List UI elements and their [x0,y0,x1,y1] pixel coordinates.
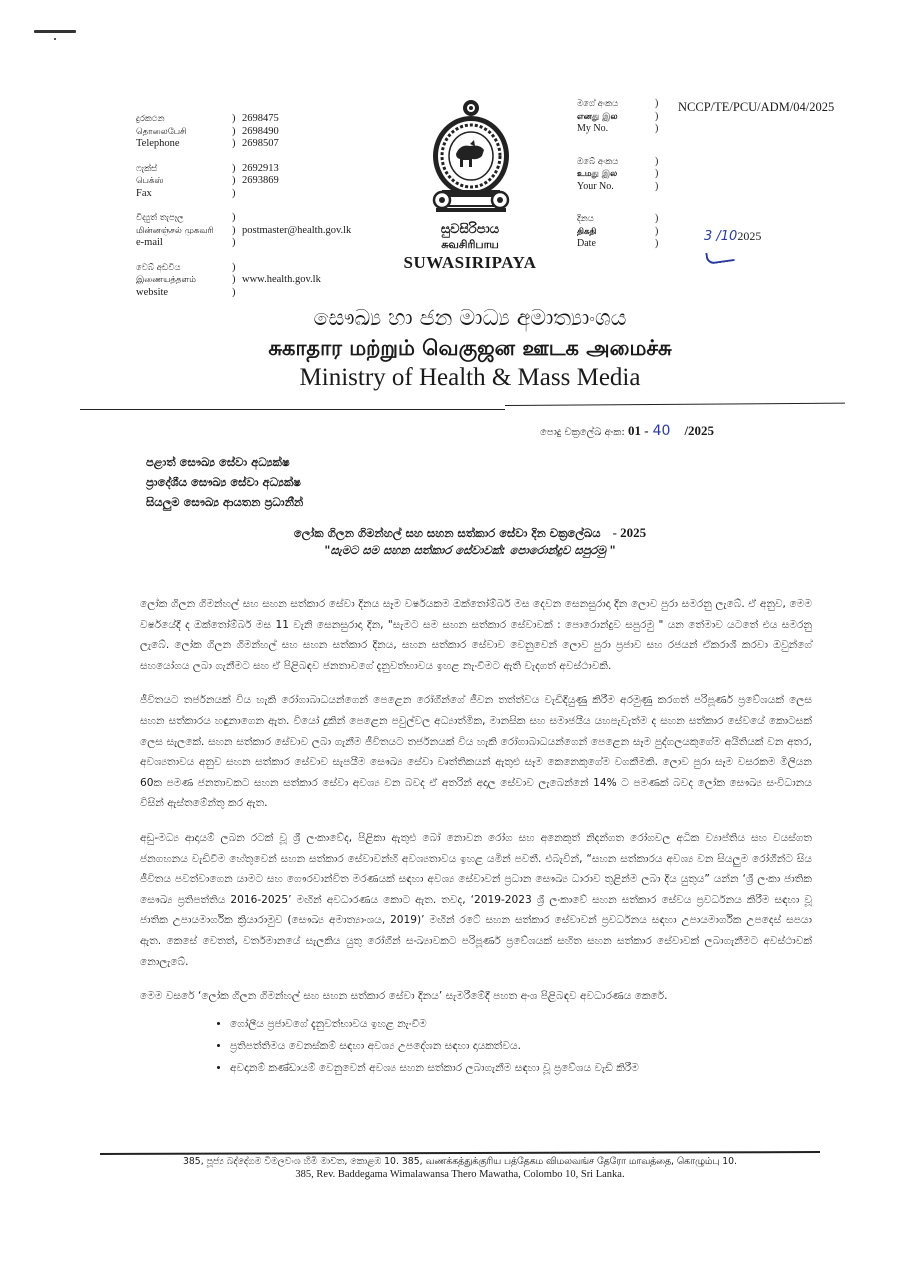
emblem-caption: සුවසිරිපාය சுவசிரிபாய SUWASIRIPAYA [380,222,560,274]
telephone-group: දුරකථන)2698475 தொலைபேசி)2698490 Telephon… [136,113,351,151]
website-label-ta: இணையத்தளம் [136,274,232,287]
fax-label-si: ෆැක්ස් [136,163,232,176]
email-address[interactable]: postmaster@health.gov.lk [240,225,351,238]
scan-dot [54,38,56,40]
ministry-name-si: සෞඛ්‍ය හා ජන මාධ්‍ය අමාත්‍යාංශය [180,304,760,334]
ministry-name-en: Ministry of Health & Mass Media [180,362,760,394]
title-main: ලෝක ගිලන ගිමන්හල් සහ සහන සත්කාර සේවා දින… [294,526,601,540]
email-group: විද්‍යුත් තැපෑල) மின்னஞ்சல் முகவரி)postm… [136,212,351,250]
footer-address-si-ta: 385, පූජ්‍ය බද්දේගම විමලවංශ හිමි මාවත, ක… [100,1155,820,1168]
bullet-intro: මෙම වසරේ ‘ලෝක ගිලන ගිමන්හල් සහ සහන සත්කා… [140,986,812,1007]
ministry-header: සෞඛ්‍ය හා ජන මාධ්‍ය අමාත්‍යාංශය சுகாதார … [180,304,760,394]
paragraph: අඩු-මධ්‍ය ආදායම් ලබන රටක් වූ ශ්‍රී ලංකාව… [140,828,812,972]
fax-label-en: Fax [136,188,232,201]
footer-address-en: 385, Rev. Baddegama Wimalawansa Thero Ma… [100,1168,820,1181]
focus-areas-list: ගෝලීය ප්‍රජාවගේ දැනුවත්භාවය ඉහළ නැංවීම ප… [140,1013,812,1079]
fax-1: 2692913 [240,163,351,176]
telephone-1: 2698475 [240,113,351,126]
ministry-name-ta: சுகாதார மற்றும் வெகுஜன ஊடக அமைச்சு [180,334,760,362]
my-reference-number: NCCP/TE/PCU/ADM/04/2025 [678,100,834,115]
website-label-en: website [136,287,232,300]
date-group: දිනය) திகதி) Date) [577,213,675,251]
addressee: පළාත් සෞඛ්‍ය සේවා අධ්‍යක්ෂ [146,452,303,472]
emblem-name-si: සුවසිරිපාය [380,222,560,238]
circular-handwritten-number: 40 [653,423,671,439]
telephone-2: 2698490 [240,126,351,139]
list-item: අවදානම් කණ්ඩායම් වෙනුවෙන් අවශ්‍ය සහන සත්… [230,1057,812,1079]
website-group: වෙබ් අඩවිය) இணையத்தளம்)www.health.gov.lk… [136,262,351,300]
title-theme: "සැමට සම සහන සත්කාර සේවාවක්: පොරොන්දුව ස… [240,542,700,559]
footer-address: 385, පූජ්‍ය බද්දේගම විමලවංශ හිමි මාවත, ක… [100,1155,820,1181]
addressee: ප්‍රාදේශීය සෞඛ්‍ය සේවා අධ්‍යක්ෂ [146,472,303,492]
sri-lanka-emblem-icon [428,98,514,214]
email-label-si: විද්‍යුත් තැපෑල [136,212,232,225]
circular-title: ලෝක ගිලන ගිමන්හල් සහ සහන සත්කාර සේවා දින… [240,524,700,559]
your-no-group: ඔබේ අංකය) உமது இல) Your No.) [577,156,675,194]
signature-initial-icon [705,249,734,265]
telephone-3: 2698507 [240,138,351,151]
list-item: ගෝලීය ප්‍රජාවගේ දැනුවත්භාවය ඉහළ නැංවීම [230,1013,812,1035]
addressee: සියලුම සෞඛ්‍ය ආයතන ප්‍රධානීන් [146,492,303,512]
scan-mark [34,30,76,33]
email-label-ta: மின்னஞ்சல் முகவரி [136,225,232,238]
website-url[interactable]: www.health.gov.lk [240,274,351,287]
telephone-label-si: දුරකථන [136,113,232,126]
emblem-name-en: SUWASIRIPAYA [380,252,560,274]
circular-number: පොදු චක්‍රලේඛ අංක: 01 -40/2025 [540,423,714,439]
telephone-label-ta: தொலைபேசி [136,126,232,139]
fax-3 [240,188,351,201]
paragraph: ජීවිතයට තර්ජනයක් විය හැකි රෝගාබාධයන්ගෙන්… [140,690,812,814]
paragraph: ලෝක ගිලන ගිමන්හල් සහ සහන සත්කාර සේවා දින… [140,594,812,676]
email-label-en: e-mail [136,237,232,250]
fax-group: ෆැක්ස්)2692913 பெக்ஸ்)2693869 Fax) [136,163,351,201]
title-year: - 2025 [613,525,647,540]
telephone-label-en: Telephone [136,138,232,151]
document-body: ලෝක ගිලන ගිමන්හල් සහ සහන සත්කාර සේවා දින… [140,594,812,1079]
website-label-si: වෙබ් අඩවිය [136,262,232,275]
contact-block: දුරකථන)2698475 தொலைபேசி)2698490 Telephon… [136,113,351,311]
my-no-group: මගේ අංකය) எனது இல) My No.) [577,98,675,136]
list-item: ප්‍රතිපත්තිමය වෙනස්කම් සඳහා අවශ්‍ය උපදේශ… [230,1035,812,1057]
date-year: 2025 [737,229,761,243]
reference-block: මගේ අංකය) எனது இல) My No.) ඔබේ අංකය) உமத… [577,98,675,271]
fax-label-ta: பெக்ஸ் [136,175,232,188]
addressee-list: පළාත් සෞඛ්‍ය සේවා අධ්‍යක්ෂ ප්‍රාදේශීය සෞ… [146,452,303,512]
fax-2: 2693869 [240,175,351,188]
header-divider-left [80,409,505,410]
header-divider-right [505,403,845,406]
emblem-name-ta: சுவசிரிபாய [380,238,560,252]
handwritten-date: 3 /102025 [704,229,761,244]
